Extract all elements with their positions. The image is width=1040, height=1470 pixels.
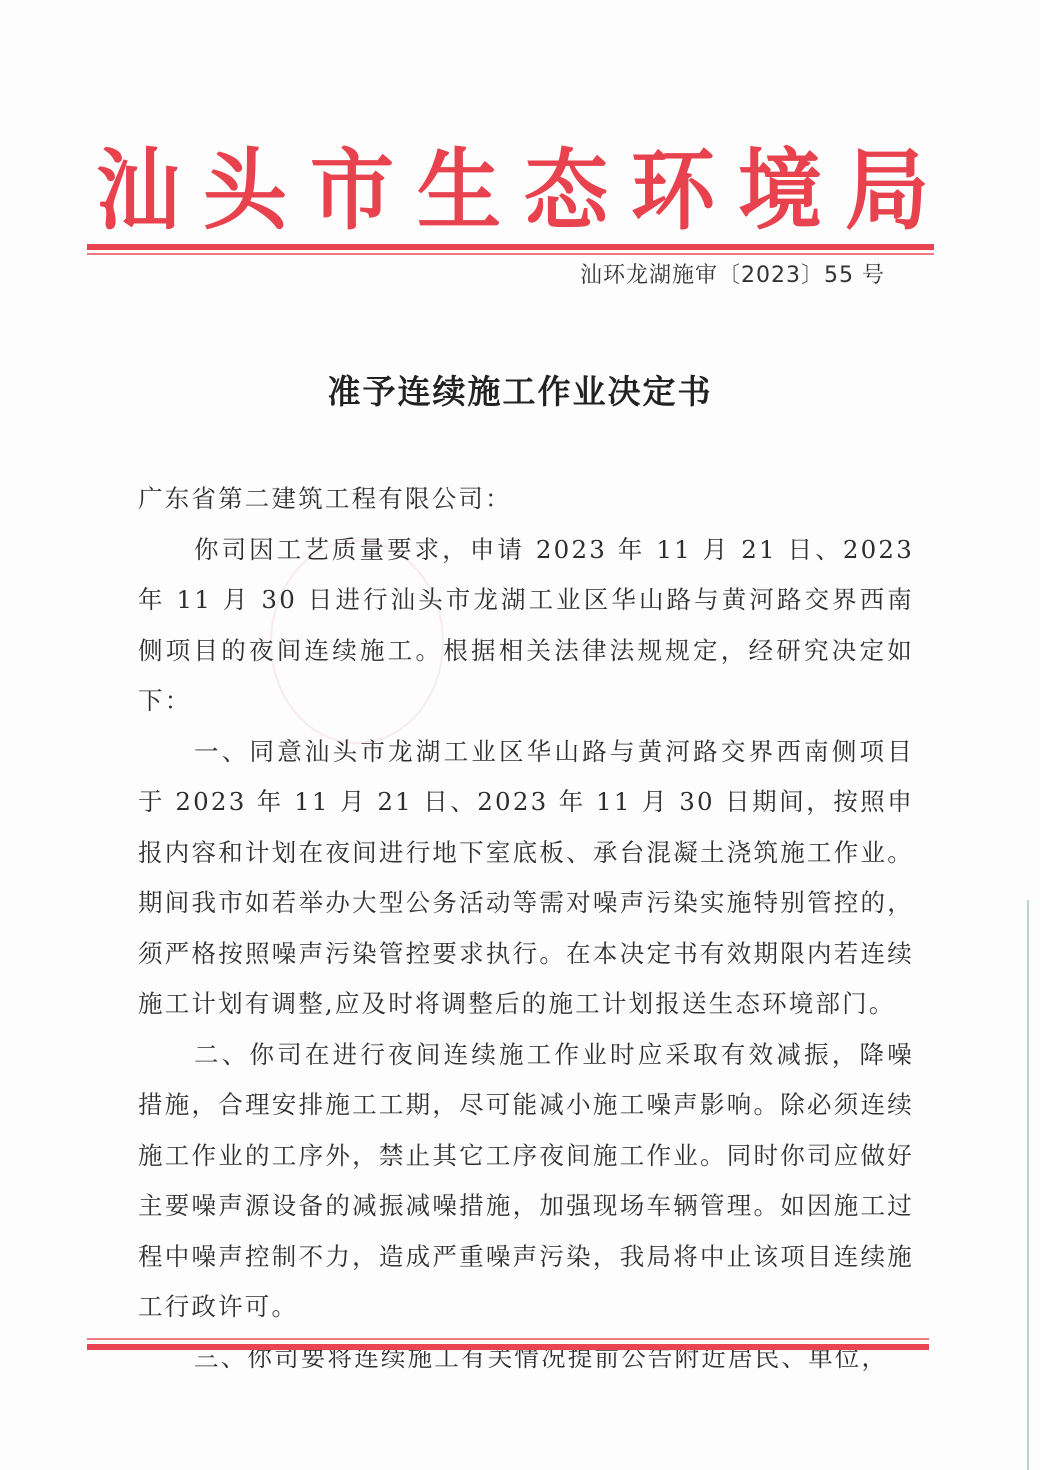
body-paragraph: 二、你司在进行夜间连续施工作业时应采取有效减振，降噪措施，合理安排施工工期，尽可… (138, 1030, 914, 1333)
document-body: 广东省第二建筑工程有限公司： 你司因工艺质量要求，申请 2023 年 11 月 … (138, 474, 914, 1383)
header-divider-thin (87, 253, 934, 255)
document-page: 汕 头 市 生 态 环 境 局 汕环龙湖施审〔2023〕55 号 准予连续施工作… (0, 0, 1040, 1470)
letterhead-char: 态 (518, 119, 614, 246)
letterhead-char: 环 (625, 119, 721, 246)
scan-edge-line (1027, 900, 1029, 1470)
letterhead-char: 市 (304, 119, 400, 246)
letterhead-char: 境 (732, 119, 828, 246)
body-paragraph: 一、同意汕头市龙湖工业区华山路与黄河路交界西南侧项目于 2023 年 11 月 … (138, 727, 914, 1030)
letterhead-char: 生 (411, 119, 507, 246)
document-title: 准予连续施工作业决定书 (0, 366, 1040, 413)
body-paragraph: 三、你司要将连续施工有关情况提前公告附近居民、单位， (138, 1333, 914, 1384)
letterhead-char: 头 (197, 119, 293, 246)
letterhead-char: 汕 (90, 119, 186, 246)
letterhead-char: 局 (839, 119, 935, 246)
header-divider-thick (87, 244, 934, 250)
body-paragraph: 你司因工艺质量要求，申请 2023 年 11 月 21 日、2023 年 11 … (138, 525, 914, 727)
addressee: 广东省第二建筑工程有限公司： (138, 474, 914, 525)
footer-divider-thin (87, 1338, 929, 1340)
document-number: 汕环龙湖施审〔2023〕55 号 (580, 258, 885, 289)
footer-divider-thick (87, 1344, 929, 1350)
letterhead-organization: 汕 头 市 生 态 环 境 局 (90, 128, 935, 238)
